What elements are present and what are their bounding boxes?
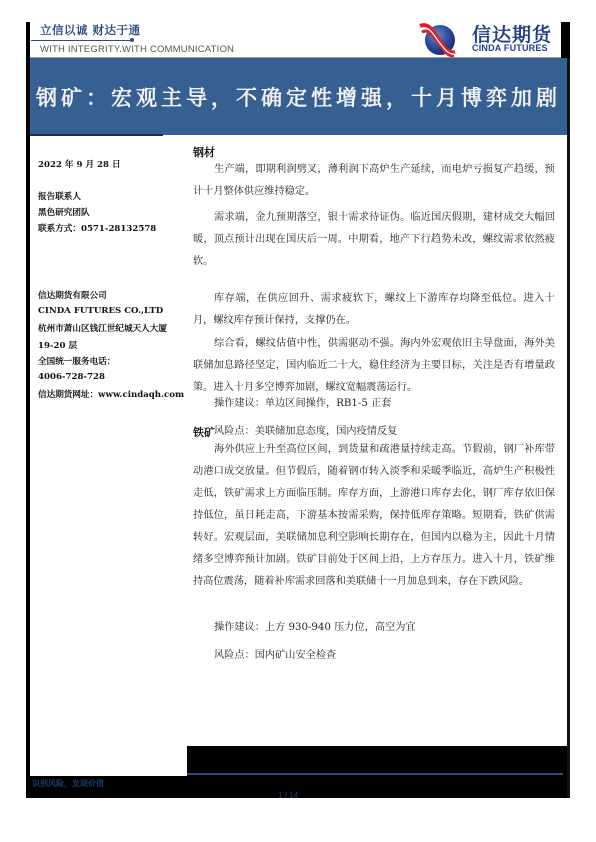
title-banner: 钢矿：宏观主导，不确定性增强，十月博弈加剧 xyxy=(30,58,567,135)
page-number: 1 / 14 xyxy=(278,791,298,800)
footer-block xyxy=(187,746,567,798)
contact-label: 报告联系人 xyxy=(38,190,81,202)
hotline-number: 4006-728-728 xyxy=(38,372,105,382)
paragraph-iron-ore: 海外供应上升至高位区间，到货量和疏港量持续走高。节假前，钢厂补库带动港口成交放量… xyxy=(193,439,555,593)
header-slogan-en: WITH INTEGRITY.WITH COMMUNICATION xyxy=(40,44,234,55)
banner-accent xyxy=(30,134,163,136)
report-date: 2022 年 9 月 28 日 xyxy=(38,158,121,170)
footer-slogan: 识别风险，发现价值 xyxy=(32,778,104,789)
header-corner-block xyxy=(561,22,570,58)
page-right-border xyxy=(567,22,570,798)
report-title: 钢矿：宏观主导，不确定性增强，十月博弈加剧 xyxy=(30,82,567,112)
research-team: 黑色研究团队 xyxy=(38,206,90,218)
address-line-2: 19-20 层 xyxy=(38,339,77,351)
section-title-iron-ore-label: 铁矿 xyxy=(193,424,215,440)
contact-phone: 联系方式：0571-28132578 xyxy=(38,222,156,234)
steel-risk: 风险点：美联储加息态度，国内疫情反复 xyxy=(214,422,397,437)
paragraph-steel-summary: 综合看，螺纹估值中性，供需驱动不强。海内外宏观依旧主导盘面，海外美联储加息路径坚… xyxy=(193,333,555,399)
cinda-logo-icon xyxy=(417,18,457,58)
address-line-1: 杭州市萧山区钱江世纪城天人大厦 xyxy=(38,322,167,334)
company-name-cn: 信达期货有限公司 xyxy=(38,289,107,301)
hotline-label: 全国统一服务电话： xyxy=(38,355,115,367)
company-name-en: CINDA FUTURES CO.,LTD xyxy=(38,306,163,316)
company-website[interactable]: 信达期货网址：www.cindaqh.com xyxy=(38,388,184,400)
slogan-dot xyxy=(130,38,134,42)
paragraph-steel-supply: 生产端，即期利润劈叉，薄利润下高炉生产延续，而电炉亏损复产趋缓，预计十月整体供应… xyxy=(193,159,555,203)
section-title-steel: 钢材 xyxy=(193,144,215,160)
steel-suggestion: 操作建议：单边区间操作，RB1-5 正套 xyxy=(214,394,391,409)
iron-ore-risk: 风险点：国内矿山安全检查 xyxy=(214,646,336,661)
header-slogan-cn: 立信以诚 财达于通 xyxy=(40,22,141,38)
footer-divider xyxy=(187,773,563,775)
slogan-underline xyxy=(31,40,133,41)
paragraph-steel-demand: 需求端，金九预期落空，银十需求待证伪。临近国庆假期，建材成交大幅回暖，顶点预计出… xyxy=(193,207,555,273)
logo-text-en: CINDA FUTURES xyxy=(472,43,548,53)
page-left-border xyxy=(26,22,30,798)
iron-ore-suggestion: 操作建议：上方 930-940 压力位，高空为宜 xyxy=(214,618,416,633)
paragraph-steel-inventory: 库存端，在供应回升、需求疲软下，螺纹上下游库存均降至低位。进入十月，螺纹库存预计… xyxy=(193,288,555,332)
